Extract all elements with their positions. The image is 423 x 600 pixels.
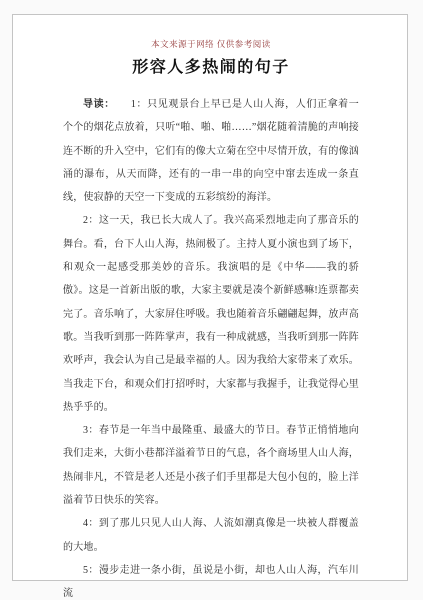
paragraph-4-text: 4：到了那儿只见人山人海、人流如潮真像是一块被人群覆盖的大地。 <box>63 518 359 552</box>
page-title: 形容人多热闹的句子 <box>63 58 359 78</box>
paragraph-4: 4：到了那儿只见人山人海、人流如潮真像是一块被人群覆盖的大地。 <box>63 512 359 559</box>
paragraph-1-text: 1：只见观景台上早已是人山人海，人们正拿着一个个的烟花点放着，只听“啪、啪、啪…… <box>63 99 359 203</box>
paragraph-daodu: 导读：1：只见观景台上早已是人山人海，人们正拿着一个个的烟花点放着，只听“啪、啪… <box>63 93 359 209</box>
paragraph-2-text: 2：这一天，我已长大成人了。我兴高采烈地走向了那音乐的舞台。看，台下人山人海，热… <box>63 215 359 412</box>
paragraph-3-text: 3：春节是一年当中最隆重、最盛大的节日。春节正悄悄地向我们走来，大街小巷都洋溢着… <box>63 425 359 506</box>
document-body: 导读：1：只见观景台上早已是人山人海，人们正拿着一个个的烟花点放着，只听“啪、啪… <box>63 93 359 600</box>
source-note: 本文来源于网络 仅供参考阅读 <box>63 38 359 51</box>
paragraph-5-text: 5：漫步走进一条小街，虽说是小街，却也人山人海，汽车川流 <box>63 565 359 599</box>
document-page: 本文来源于网络 仅供参考阅读 形容人多热闹的句子 导读：1：只见观景台上早已是人… <box>12 14 408 581</box>
document-canvas: 本文来源于网络 仅供参考阅读 形容人多热闹的句子 导读：1：只见观景台上早已是人… <box>0 0 423 600</box>
paragraph-3: 3：春节是一年当中最隆重、最盛大的节日。春节正悄悄地向我们走来，大街小巷都洋溢着… <box>63 419 359 512</box>
daodu-lead-label: 导读： <box>83 99 115 110</box>
paragraph-2: 2：这一天，我已长大成人了。我兴高采烈地走向了那音乐的舞台。看，台下人山人海，热… <box>63 209 359 419</box>
paragraph-5: 5：漫步走进一条小街，虽说是小街，却也人山人海，汽车川流 <box>63 559 359 600</box>
